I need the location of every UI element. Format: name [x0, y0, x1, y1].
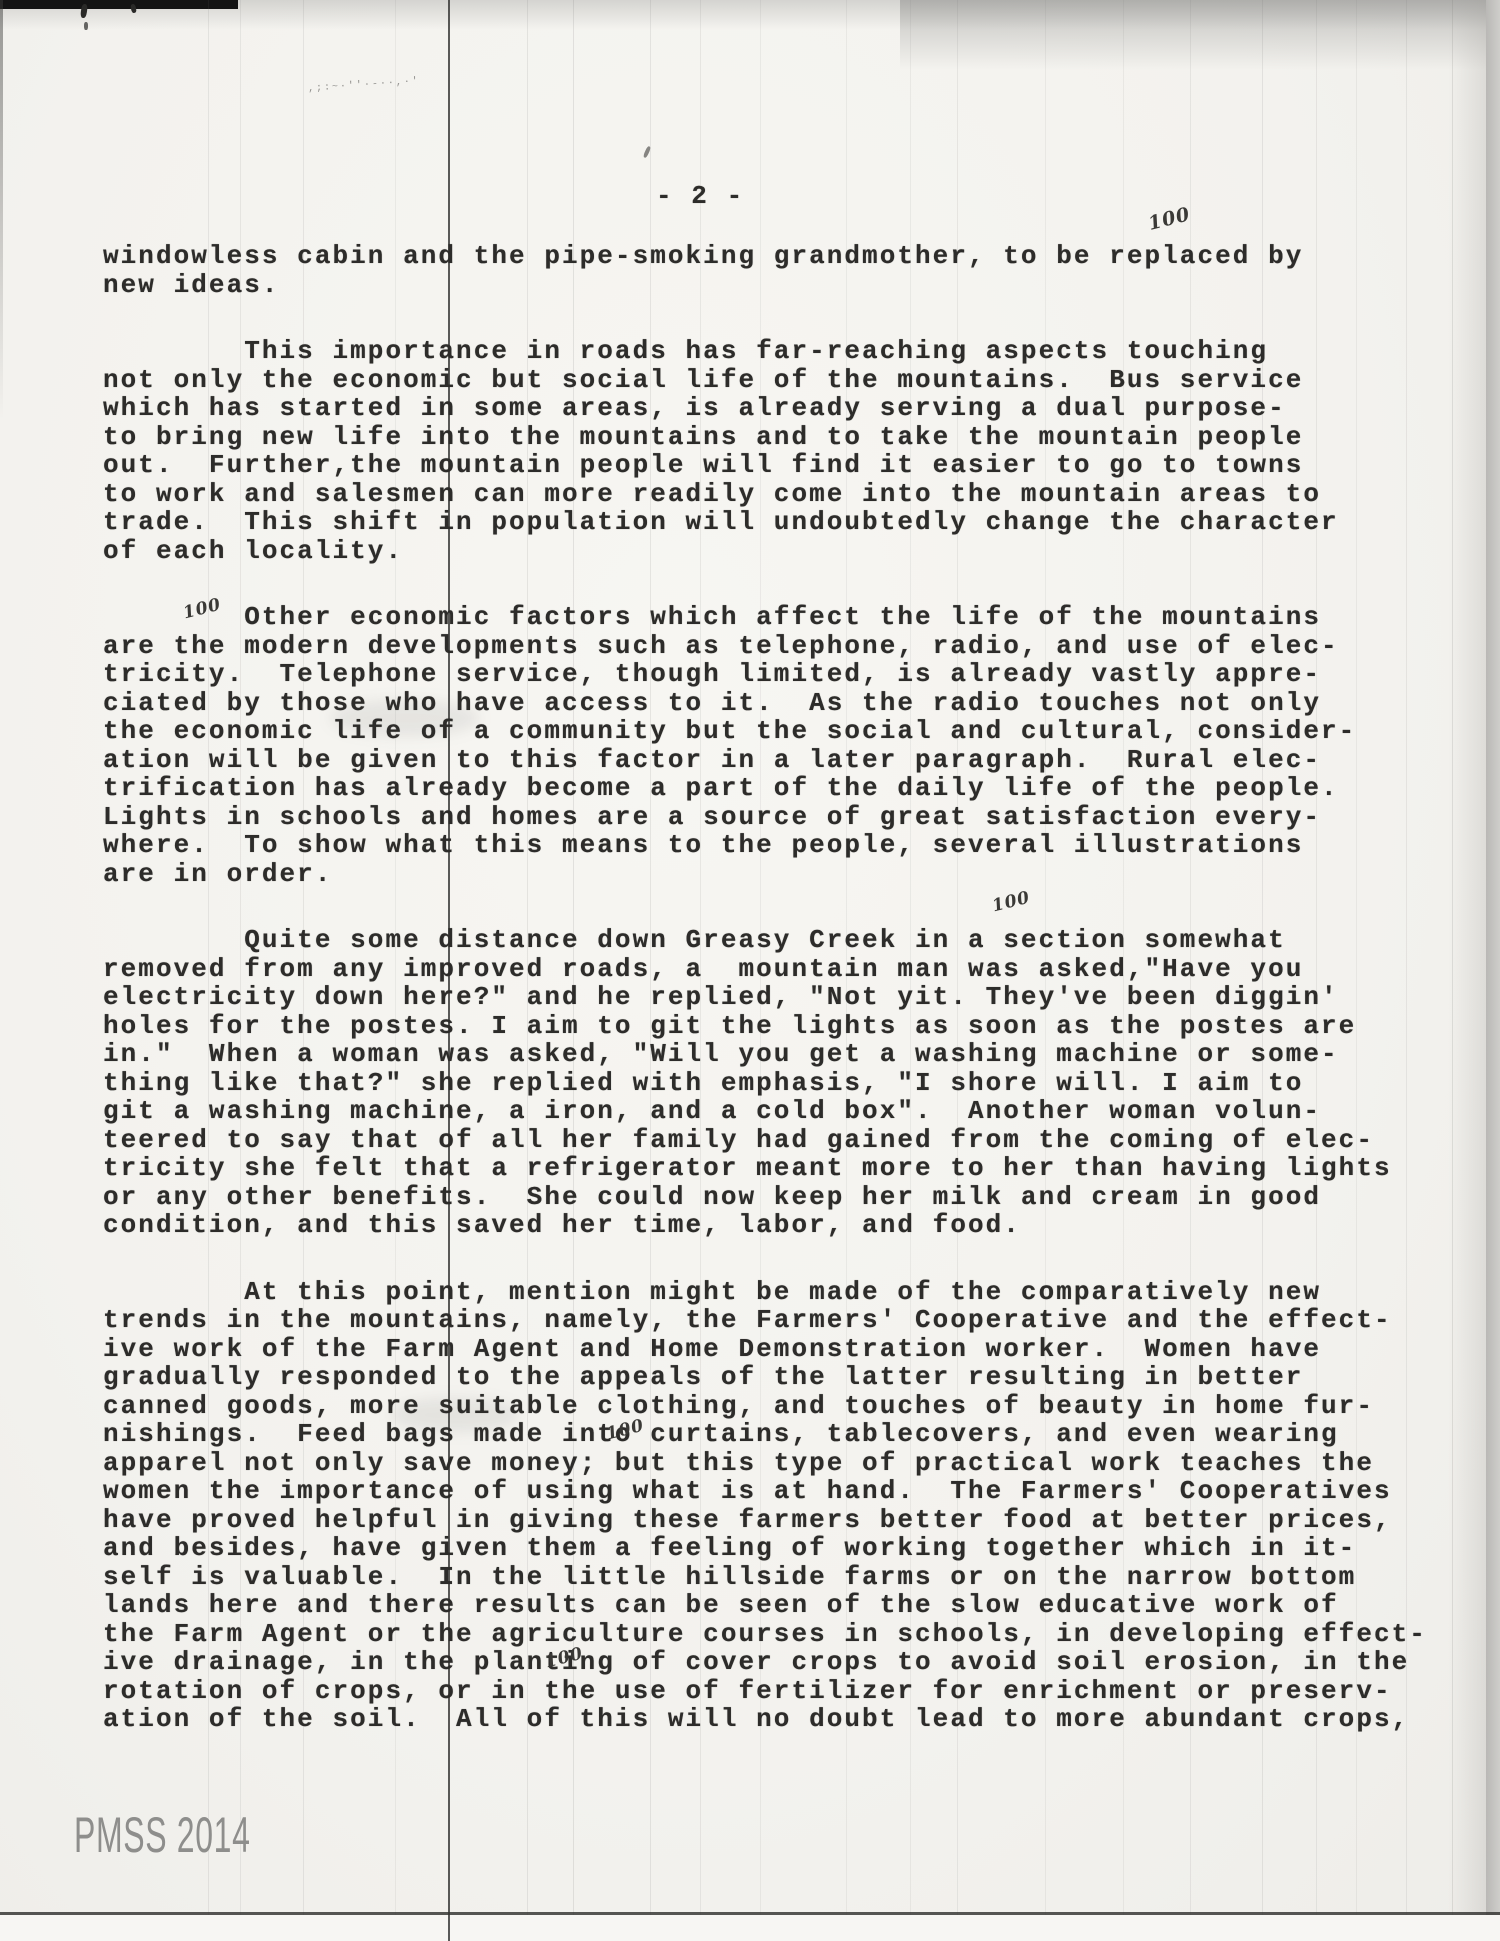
text-line: are the modern developments such as tele… — [103, 632, 1463, 661]
text-line: which has started in some areas, is alre… — [103, 394, 1463, 423]
text-line: the economic life of a community but the… — [103, 717, 1463, 746]
text-line: or any other benefits. She could now kee… — [103, 1183, 1463, 1212]
text-line: to bring new life into the mountains and… — [103, 423, 1463, 452]
paragraph: Quite some distance down Greasy Creek in… — [103, 926, 1463, 1240]
text-line: ation of the soil. All of this will no d… — [103, 1705, 1463, 1734]
page-number: - 2 - — [656, 181, 744, 211]
text-line: women the importance of using what is at… — [103, 1477, 1463, 1506]
page-fold-line-lower — [448, 1915, 450, 1941]
text-line: At this point, mention might be made of … — [103, 1278, 1463, 1307]
text-line: ive work of the Farm Agent and Home Demo… — [103, 1335, 1463, 1364]
text-line: tricity she felt that a refrigerator mea… — [103, 1154, 1463, 1183]
text-line: Lights in schools and homes are a source… — [103, 803, 1463, 832]
scan-edge-top-bar — [0, 0, 238, 9]
text-line: new ideas. — [103, 271, 1463, 300]
paragraph: windowless cabin and the pipe-smoking gr… — [103, 242, 1463, 299]
text-line: canned goods, more suitable clothing, an… — [103, 1392, 1463, 1421]
paragraph: Other economic factors which affect the … — [103, 603, 1463, 888]
document-body: windowless cabin and the pipe-smoking gr… — [103, 242, 1463, 1772]
text-line: in." When a woman was asked, "Will you g… — [103, 1040, 1463, 1069]
text-line: to work and salesmen can more readily co… — [103, 480, 1463, 509]
text-line: condition, and this saved her time, labo… — [103, 1211, 1463, 1240]
text-line: This importance in roads has far-reachin… — [103, 337, 1463, 366]
paragraph: At this point, mention might be made of … — [103, 1278, 1463, 1734]
scan-area-below-line — [0, 1915, 1500, 1941]
text-line: lands here and there results can be seen… — [103, 1591, 1463, 1620]
text-line: trification has already become a part of… — [103, 774, 1463, 803]
text-line: of each locality. — [103, 537, 1463, 566]
text-line: the Farm Agent or the agriculture course… — [103, 1620, 1463, 1649]
paragraph: This importance in roads has far-reachin… — [103, 337, 1463, 565]
text-line: trade. This shift in population will und… — [103, 508, 1463, 537]
text-line: git a washing machine, a iron, and a col… — [103, 1097, 1463, 1126]
text-line: and besides, have given them a feeling o… — [103, 1534, 1463, 1563]
scan-scratch: ,;:~·''·-··,·' — [308, 76, 421, 95]
scan-top-shade-right — [900, 0, 1500, 70]
text-line: removed from any improved roads, a mount… — [103, 955, 1463, 984]
text-line: Quite some distance down Greasy Creek in… — [103, 926, 1463, 955]
pencil-annotation-100: 100 — [1146, 203, 1193, 235]
scan-edge-left-sliver — [0, 0, 3, 420]
text-line: rotation of crops, or in the use of fert… — [103, 1677, 1463, 1706]
text-line: teered to say that of all her family had… — [103, 1126, 1463, 1155]
text-line: ation will be given to this factor in a … — [103, 746, 1463, 775]
text-line: apparel not only save money; but this ty… — [103, 1449, 1463, 1478]
text-line: electricity down here?" and he replied, … — [103, 983, 1463, 1012]
text-line: have proved helpful in giving these farm… — [103, 1506, 1463, 1535]
text-line: ive drainage, in the planting of cover c… — [103, 1648, 1463, 1677]
text-line: where. To show what this means to the pe… — [103, 831, 1463, 860]
scanned-document-page: ,;:~·''·-··,·' - 2 - windowless cabin an… — [0, 0, 1500, 1941]
text-line: thing like that?" she replied with empha… — [103, 1069, 1463, 1098]
text-line: trends in the mountains, namely, the Far… — [103, 1306, 1463, 1335]
text-line: Other economic factors which affect the … — [103, 603, 1463, 632]
text-line: are in order. — [103, 860, 1463, 889]
archive-watermark: PMSS 2014 — [74, 1806, 251, 1864]
text-line: nishings. Feed bags made into curtains, … — [103, 1420, 1463, 1449]
text-line: ciated by those who have access to it. A… — [103, 689, 1463, 718]
text-line: tricity. Telephone service, though limit… — [103, 660, 1463, 689]
text-line: gradually responded to the appeals of th… — [103, 1363, 1463, 1392]
text-line: not only the economic but social life of… — [103, 366, 1463, 395]
ink-speck — [84, 22, 88, 30]
scan-edge-right-strip — [1486, 0, 1500, 1941]
text-line: self is valuable. In the little hillside… — [103, 1563, 1463, 1592]
text-line: windowless cabin and the pipe-smoking gr… — [103, 242, 1463, 271]
text-line: out. Further,the mountain people will fi… — [103, 451, 1463, 480]
text-line: holes for the postes. I aim to git the l… — [103, 1012, 1463, 1041]
